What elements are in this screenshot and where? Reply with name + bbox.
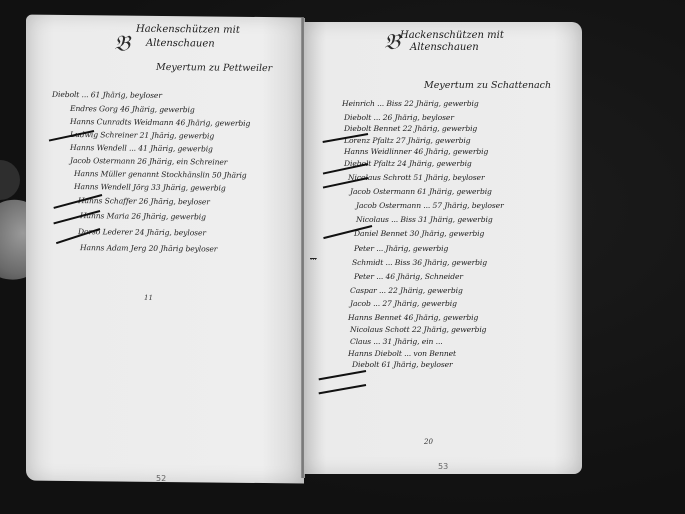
list-item: Jacob Ostermann ... 57 Jhärig, beyloser bbox=[356, 200, 504, 211]
list-item: Endres Gorg 46 Jhärig, gewerbig bbox=[70, 103, 250, 116]
left-folio-number: 52 bbox=[156, 474, 166, 483]
right-entry-list: Heinrich ... Biss 22 Jhärig, gewerbig Di… bbox=[334, 98, 482, 370]
left-title-line2: Altenschauen bbox=[146, 38, 215, 51]
list-item: Jacob ... 27 Jhärig, gewerbig bbox=[350, 298, 498, 309]
list-item: Diebolt ... 26 Jhärig, beyloser bbox=[344, 112, 492, 123]
right-bottom-mark: 20 bbox=[424, 438, 433, 446]
list-item: Hanns Müller genannt Stockhänslin 50 Jhä… bbox=[74, 168, 254, 181]
list-item: Nicolaus Schrott 51 Jhärig, beyloser bbox=[348, 172, 496, 183]
list-item: Hanns Bennet 46 Jhärig, gewerbig bbox=[348, 312, 496, 323]
list-item: Heinrich ... Biss 22 Jhärig, gewerbig bbox=[342, 98, 490, 109]
list-item: Hanns Adam Jerg 20 Jhärig beyloser bbox=[80, 242, 260, 255]
list-item: Hanns Wendell Jörg 33 Jhärig, gewerbig bbox=[74, 181, 254, 194]
left-entry-list: Diebolt ... 61 Jhärig, beyloser Endres G… bbox=[52, 89, 232, 255]
list-item: Daniel Bennet 30 Jhärig, gewerbig bbox=[354, 228, 502, 239]
right-title-line1: Hackenschützen mit bbox=[400, 30, 504, 42]
list-item: Peter ... Jhärig, gewerbig bbox=[354, 243, 502, 254]
list-item: Hanns Wendell ... 41 Jhärig, gewerbig bbox=[70, 142, 250, 155]
list-item: Nicolaus ... Biss 31 Jhärig, gewerbig bbox=[356, 214, 504, 225]
right-page: 𝔅 Hackenschützen mit Altenschauen Meyert… bbox=[304, 22, 582, 474]
title-flourish-right: 𝔅 bbox=[384, 32, 400, 54]
list-item: Hanns Maria 26 Jhärig, gewerbig bbox=[80, 210, 260, 223]
right-folio-number: 53 bbox=[438, 462, 448, 471]
list-item: Schmidt ... Biss 36 Jhärig, gewerbig bbox=[352, 257, 500, 268]
list-item: Caspar ... 22 Jhärig, gewerbig bbox=[350, 285, 498, 296]
left-page: 𝔅 Hackenschützen mit Altenschauen Meyert… bbox=[26, 15, 304, 484]
list-item: Diebolt 61 Jhärig, beyloser bbox=[352, 359, 500, 370]
list-item: Hanns Schaffer 26 Jhärig, beyloser bbox=[78, 195, 258, 208]
list-item: Diebolt ... 61 Jhärig, beyloser bbox=[52, 89, 232, 102]
list-item: Ludwig Schreiner 21 Jhärig, gewerbig bbox=[70, 129, 250, 142]
list-item: Dorso Lederer 24 Jhärig, beyloser bbox=[78, 226, 258, 239]
list-item: Hanns Cunradts Weidmann 46 Jhärig, gewer… bbox=[70, 116, 250, 129]
list-item: Peter ... 46 Jhärig, Schneider bbox=[354, 271, 502, 282]
list-item: Hanns Diebolt ... von Bennet bbox=[348, 348, 496, 359]
right-subheading: Meyertum zu Schattenach bbox=[424, 80, 551, 91]
right-title-line2: Altenschauen bbox=[410, 42, 479, 54]
left-title-line1: Hackenschützen mit bbox=[136, 24, 240, 37]
list-item: Jacob Ostermann 26 Jhärig, ein Schreiner bbox=[70, 155, 250, 168]
margin-note: ... bbox=[310, 254, 317, 262]
list-item: Jacob Ostermann 61 Jhärig, gewerbig bbox=[350, 186, 498, 197]
title-flourish-left: 𝔅 bbox=[114, 33, 130, 55]
list-item: Claus ... 31 Jhärig, ein ... bbox=[350, 336, 498, 347]
list-item: Hanns Weidlinner 46 Jhärig, gewerbig bbox=[344, 146, 492, 157]
list-item: Lorenz Pfaltz 27 Jhärig, gewerbig bbox=[344, 135, 492, 146]
list-item: Nicolaus Schott 22 Jhärig, gewerbig bbox=[350, 324, 498, 335]
left-bottom-mark: 11 bbox=[144, 294, 153, 302]
left-subheading: Meyertum zu Pettweiler bbox=[156, 62, 272, 74]
